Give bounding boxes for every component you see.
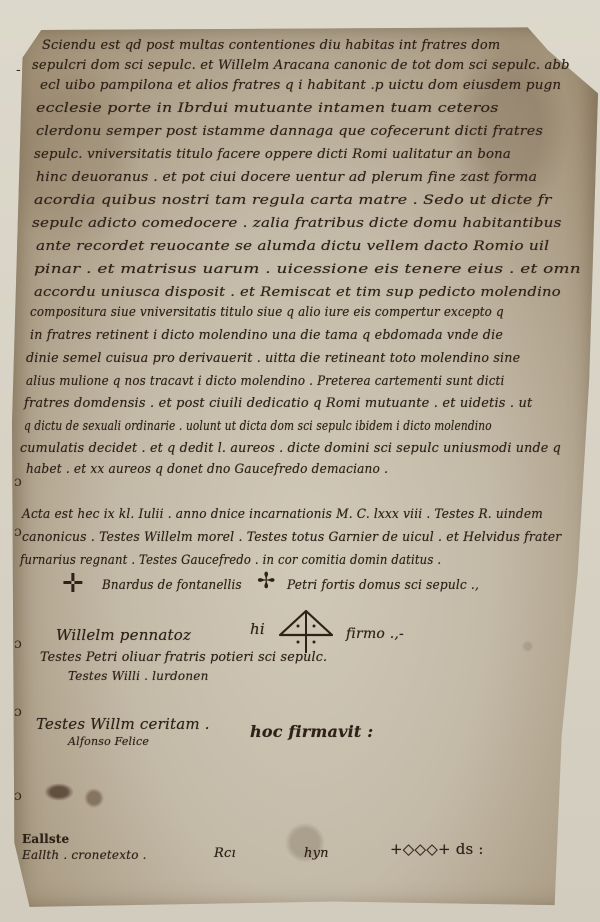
body-line: habet . et xx aureos q donet dno Gaucefr… [26, 462, 388, 477]
signature-firmo: firmo .,- [346, 626, 404, 642]
margin-mark: ɔ [14, 524, 22, 540]
signature-sub: Alfonso Felice [68, 735, 149, 748]
margin-mark: ɔ [14, 636, 22, 652]
witness-line: canonicus . Testes Willelm morel . Teste… [22, 530, 561, 545]
signature-petri: Petri fortis domus sci sepulc ., [287, 578, 479, 593]
body-line: Sciendu est qd post multas contentiones … [42, 38, 500, 53]
body-line: compositura siue vniversitatis titulo si… [30, 305, 504, 320]
body-line: cumulatis decidet . et q dedit l. aureos… [20, 441, 561, 456]
body-line: in fratres retinent i dicto molendino un… [30, 328, 503, 343]
body-line: fratres domdensis . et post ciuili dedic… [24, 396, 532, 411]
body-line: sepulc. vniversitatis titulo facere oppe… [34, 147, 511, 162]
footer-left: Eallth . cronetexto . [22, 848, 147, 862]
body-line: hinc deuoranus . et pot ciui docere uent… [36, 170, 537, 185]
body-line: dinie semel cuisua pro derivauerit . uit… [26, 351, 520, 366]
body-line: clerdonu semper post istamme dannaga que… [36, 124, 543, 139]
body-line: ecclesie porte in Ibrdui mutuante intame… [36, 101, 499, 116]
signature-lurdonen: Testes Willi . lurdonen [68, 669, 209, 683]
body-line: accordu uniusca disposit . et Remiscat e… [34, 285, 561, 300]
signature-ceritam: Testes Willm ceritam . [36, 715, 210, 733]
body-line: ante recordet reuocante se alumda dictu … [36, 239, 549, 254]
body-line: ecl uibo pampilona et alios fratres q i … [40, 78, 561, 93]
signature-oliver: Testes Petri oliuar fratris potieri sci … [40, 650, 327, 665]
margin-mark: ɔ [14, 788, 22, 804]
footer-mid-2: hyn [304, 846, 329, 861]
signature-willelm: Willelm pennatoz [56, 626, 191, 644]
body-line: alius mulione q nos tracavt i dicto mole… [26, 374, 504, 389]
body-line: acordia quibus nostri tam regula carta m… [34, 193, 552, 208]
cross-sign-icon: ✢ [257, 571, 275, 593]
body-line: sepulc adicto comedocere . zalia fratrib… [32, 216, 562, 231]
footer-mark-top: Eallste [22, 832, 69, 846]
witness-line: furnarius regnant . Testes Gaucefredo . … [20, 553, 441, 568]
ink-stain [44, 783, 74, 801]
margin-mark: ɔ [14, 474, 22, 490]
seal-triangle-cross-icon [276, 609, 336, 655]
body-line: pinar . et matrisus uarum . uicessione e… [34, 262, 581, 277]
signature-firmavit: hoc firmavit : [250, 722, 373, 741]
body-line: sepulcri dom sci sepulc. et Willelm Arac… [32, 58, 570, 73]
footer-mid-1: Rcı [214, 846, 236, 861]
signature-mark: hi [250, 620, 265, 638]
margin-mark: ɔ [14, 704, 22, 720]
margin-mark: - [16, 62, 21, 78]
footer-right-ornament: +◇◇◇+ ds : [390, 840, 484, 858]
signature-bernard: Bnardus de fontanellis [102, 578, 242, 593]
body-line: q dictu de sexuali ordinarie . uolunt ut… [24, 419, 492, 434]
cross-sign-icon: ✛ [62, 571, 84, 597]
witness-line: Acta est hec ix kl. Iulii . anno dnice i… [22, 507, 543, 522]
